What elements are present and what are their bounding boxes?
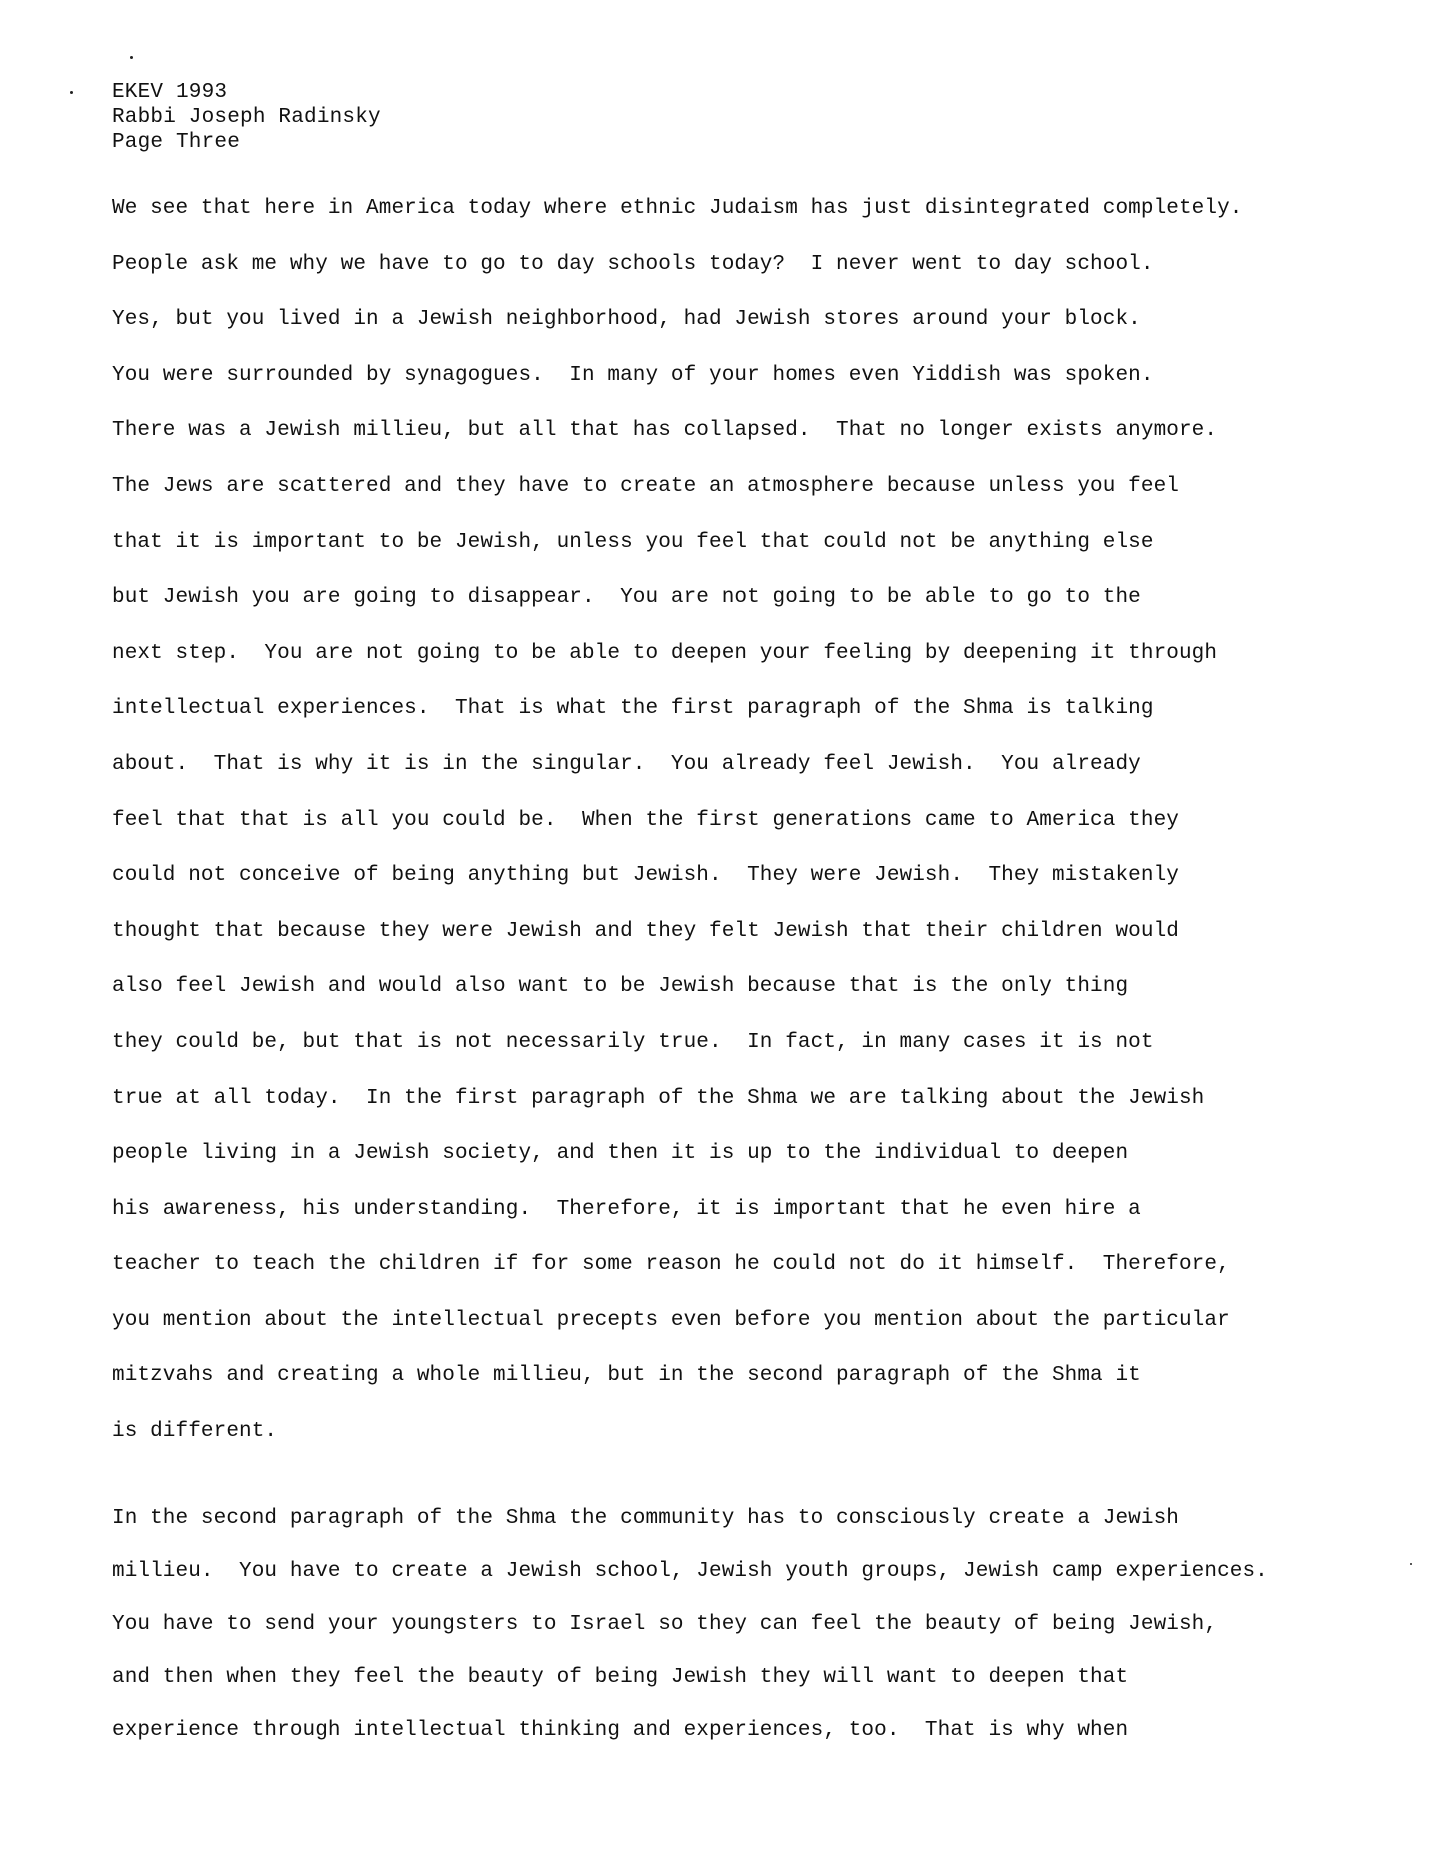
text-line: Yes, but you lived in a Jewish neighborh… [112,292,1242,348]
body-paragraph-1: We see that here in America today where … [112,181,1242,1460]
text-line: In the second paragraph of the Shma the … [112,1492,1268,1545]
text-line: mitzvahs and creating a whole millieu, b… [112,1348,1242,1404]
scan-speck [1410,1563,1412,1565]
text-line: The Jews are scattered and they have to … [112,459,1242,515]
text-line: millieu. You have to create a Jewish sch… [112,1545,1268,1598]
text-line: feel that that is all you could be. When… [112,793,1242,849]
text-line: experience through intellectual thinking… [112,1704,1268,1757]
text-line: is different. [112,1404,1242,1460]
text-line: next step. You are not going to be able … [112,626,1242,682]
text-line: There was a Jewish millieu, but all that… [112,403,1242,459]
text-line: about. That is why it is in the singular… [112,737,1242,793]
body-paragraph-2: In the second paragraph of the Shma the … [112,1492,1268,1757]
scan-speck [130,56,133,59]
text-line: teacher to teach the children if for som… [112,1237,1242,1293]
text-line: they could be, but that is not necessari… [112,1015,1242,1071]
text-line: people living in a Jewish society, and t… [112,1126,1242,1182]
text-line: You were surrounded by synagogues. In ma… [112,348,1242,404]
text-line: We see that here in America today where … [112,181,1242,237]
text-line: People ask me why we have to go to day s… [112,237,1242,293]
text-line: You have to send your youngsters to Isra… [112,1598,1268,1651]
text-line: also feel Jewish and would also want to … [112,959,1242,1015]
document-header: EKEV 1993 Rabbi Joseph Radinsky Page Thr… [112,80,381,155]
header-title: EKEV 1993 [112,80,381,105]
header-author: Rabbi Joseph Radinsky [112,105,381,130]
scan-speck [70,91,73,94]
text-line: but Jewish you are going to disappear. Y… [112,570,1242,626]
text-line: you mention about the intellectual prece… [112,1293,1242,1349]
header-page-label: Page Three [112,130,381,155]
text-line: could not conceive of being anything but… [112,848,1242,904]
text-line: thought that because they were Jewish an… [112,904,1242,960]
text-line: intellectual experiences. That is what t… [112,681,1242,737]
text-line: that it is important to be Jewish, unles… [112,515,1242,571]
text-line: true at all today. In the first paragrap… [112,1071,1242,1127]
text-line: and then when they feel the beauty of be… [112,1651,1268,1704]
text-line: his awareness, his understanding. Theref… [112,1182,1242,1238]
document-page: EKEV 1993 Rabbi Joseph Radinsky Page Thr… [0,0,1430,1851]
